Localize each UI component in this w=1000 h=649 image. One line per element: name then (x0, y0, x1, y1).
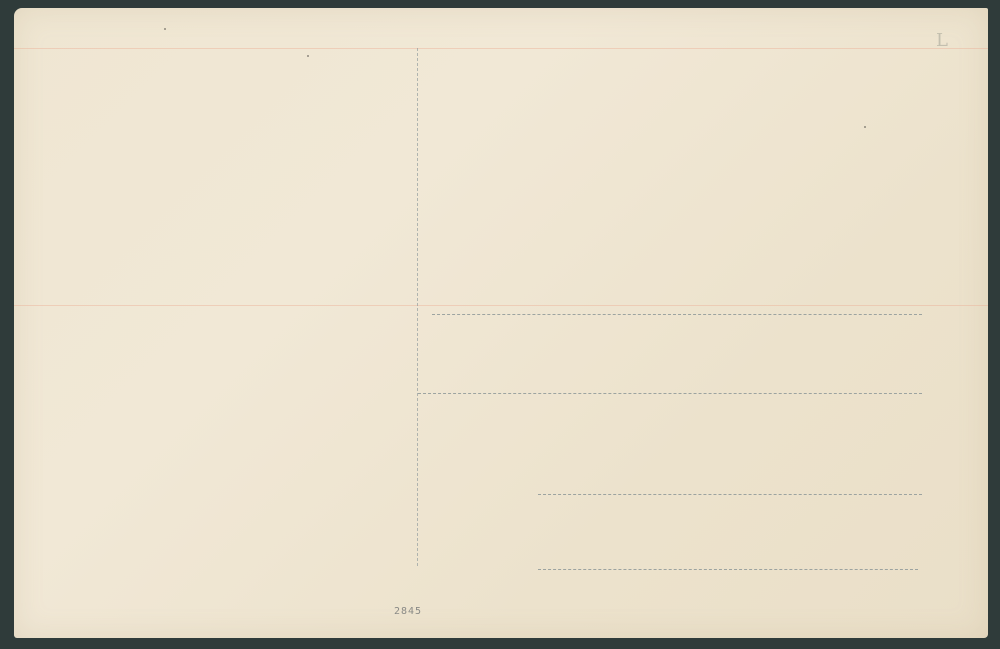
address-line-4 (538, 569, 918, 570)
speck (864, 126, 866, 128)
faint-horizontal-rule-top (14, 48, 988, 49)
postcard-back: 2845 L (14, 8, 988, 638)
message-address-divider (417, 48, 418, 566)
faint-horizontal-rule-middle (14, 305, 988, 306)
speck (307, 55, 309, 57)
address-line-2 (418, 393, 922, 394)
speck (164, 28, 166, 30)
print-number: 2845 (394, 606, 422, 617)
address-line-3 (538, 494, 922, 495)
pencil-mark: L (936, 30, 948, 51)
address-line-1 (432, 314, 922, 315)
